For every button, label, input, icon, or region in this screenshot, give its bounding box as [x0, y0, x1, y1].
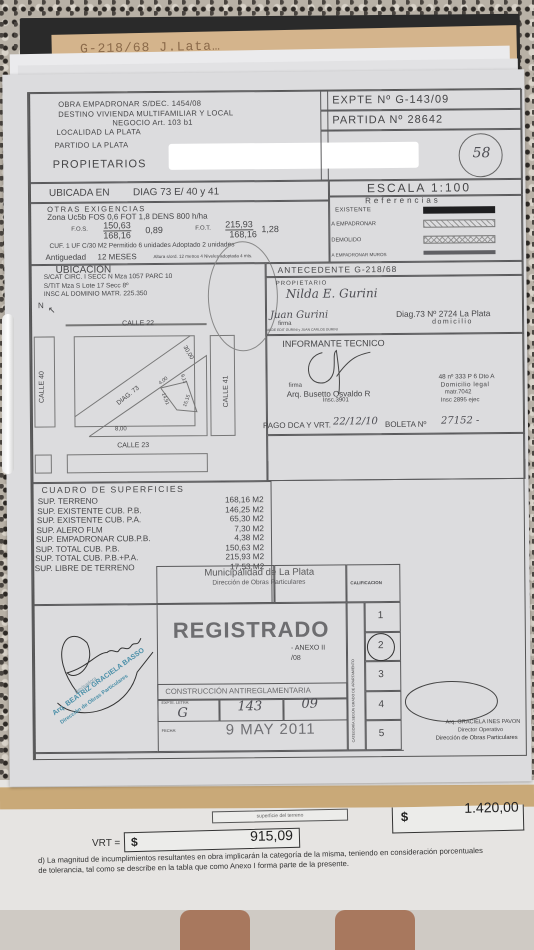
categoria-vertical-cell	[347, 602, 366, 750]
propietarios-label: PROPIETARIOS	[53, 158, 147, 171]
ref-muros-label: A EMPADRONAR MUROS	[332, 252, 387, 257]
right-value: 1.420,00	[464, 799, 519, 816]
fot-result: 1,28	[261, 224, 279, 234]
expte-num-handwritten: 143	[237, 699, 262, 714]
categoria-number: 5	[379, 728, 385, 739]
obra-text: OBRA EMPADRONAR S/DEC. 1454/08	[58, 99, 201, 109]
ubicada-value: DIAG 73 E/ 40 y 41	[133, 186, 219, 198]
categoria-number: 3	[378, 669, 384, 680]
categoria-vertical-label: CATEGORÍA SEGÚN GRADO DE APARTAMIENTO	[351, 659, 356, 742]
dim-8: 8,00	[115, 426, 127, 432]
informante-insc2: Insc 2895 ejec	[441, 397, 480, 403]
categoria-number: 4	[378, 699, 384, 710]
superficies-title: CUADRO DE SUPERFICIES	[42, 484, 185, 495]
empty-block-2	[267, 459, 525, 481]
superficie-value: 65,30 M2	[214, 514, 264, 523]
superficie-label: SUP. EXISTENTE CUB. P.B.	[37, 506, 141, 516]
left-signature	[37, 612, 158, 723]
ref-empadronar-label: A EMPADRONAR	[331, 221, 376, 227]
plan-form: OBRA EMPADRONAR S/DEC. 1454/08 DESTINO V…	[27, 88, 527, 760]
street-calle-41: CALLE 41	[223, 375, 230, 407]
expte-year-handwritten: 09	[301, 697, 318, 712]
ref-muros-swatch	[423, 250, 495, 255]
foot-right	[335, 910, 415, 950]
superficie-value: 168,16 M2	[214, 495, 264, 504]
fecha-label: FECHA:	[162, 728, 177, 733]
informante-matr: matr.7042	[445, 389, 472, 395]
pago-label: PAGO DCA Y VRT.	[263, 421, 331, 431]
superficie-label: SUP. TOTAL CUB. P.B.+P.A.	[35, 553, 138, 563]
antecedente-label: ANTECEDENTE G-218/68	[278, 264, 398, 275]
expte-letra-label: EXPTE. LETRA:	[161, 701, 189, 705]
expte-letra: G	[177, 706, 188, 721]
vrt-value: 915,09	[250, 827, 293, 844]
partido: PARTIDO LA PLATA	[55, 140, 129, 150]
informante-insc1: Insc.3901	[323, 397, 349, 403]
fos-denominator: 168,16	[103, 230, 131, 240]
insc-text: INSC AL DOMINIO MATR. 225.350	[44, 290, 147, 298]
binder-clip	[2, 314, 14, 474]
vrt-currency: $	[131, 835, 138, 849]
firma-printed-name: NILDE EDIT GURINI y JUAN CARLOS GURINI	[266, 327, 338, 332]
ref-existente-swatch	[423, 206, 495, 214]
superficie-label: SUP. TERRENO	[38, 497, 98, 507]
domicilio-value: Diag.73 Nº 2724 La Plata	[396, 308, 490, 319]
ref-demolido-swatch	[423, 235, 495, 244]
ref-existente-label: EXISTENTE	[335, 207, 371, 213]
construccion-label: CONSTRUCCIÓN ANTIREGLAMENTARIA	[165, 686, 310, 696]
floor	[0, 906, 534, 950]
superficie-label: SUP. TOTAL CUB. P.B.	[36, 544, 120, 554]
fot-label: F.O.T.	[195, 226, 211, 232]
boleta-number: 27152 -	[441, 415, 479, 426]
categoria-selected-circle	[367, 633, 395, 661]
superficie-value: 7,30 M2	[214, 524, 264, 533]
seal-handwriting: 58	[473, 145, 491, 161]
propietario-signature: Nilda E. Gurini	[286, 286, 378, 301]
escala: ESCALA 1:100	[367, 180, 471, 195]
superficie-value: 146,25 M2	[214, 505, 264, 514]
street-calle-22: CALLE 22	[122, 320, 154, 327]
categoria-number: 1	[378, 610, 384, 621]
right-signer-name: Arq. GRACIELA INES PAVON	[446, 719, 521, 726]
fecha-stamp: 9 MAY 2011	[226, 721, 316, 739]
municipal-title: Municipalidad de La Plata	[204, 567, 314, 579]
stit-text: S/TIT Mza S Lote 17 Secc 8º	[44, 282, 129, 290]
superficie-value: 4,38 M2	[214, 533, 264, 542]
superficie-value: 150,63 M2	[214, 543, 264, 552]
registrado-stamp: REGISTRADO	[173, 617, 330, 644]
superficie-label: SUP. LIBRE DE TERRENO	[35, 563, 135, 573]
informante-address: 48 nº 333 P 6 Dto A	[439, 373, 495, 380]
ref-empadronar-swatch	[423, 219, 495, 228]
fos-label: F.O.S.	[71, 227, 88, 233]
fot-denominator: 168,16	[229, 229, 257, 239]
ref-demolido-label: DEMOLIDO	[331, 237, 361, 243]
scat-text: S/CAT CIRC. I SECC N Mza 1057 PARC 10	[44, 273, 173, 281]
ubicada-label: UBICADA EN	[49, 187, 110, 199]
superficie-label: SUP. ALERO FLM	[36, 525, 102, 535]
superficie-label: SUP. EXISTENTE CUB. P.A.	[37, 515, 141, 525]
firma-label: firma	[278, 321, 291, 327]
superficie-label: SUP. EMPADRONAR CUB.P.B.	[36, 534, 151, 544]
municipal-subtitle: Dirección de Obras Particulares	[212, 579, 305, 587]
expte-number: EXPTE Nº G-143/09	[332, 93, 449, 106]
fos-result: 0,89	[145, 225, 163, 235]
right-amount-box: $ 1.420,00	[392, 805, 525, 834]
street-calle-23: CALLE 23	[117, 442, 149, 449]
domicilio-label: domicilio	[432, 318, 473, 325]
foot-left	[180, 910, 250, 950]
boleta-label: BOLETA Nº	[385, 420, 427, 429]
stamp-sub2: /08	[291, 655, 301, 662]
superficie-value: 215,93 M2	[214, 552, 264, 561]
street-calle-40: CALLE 40	[39, 371, 46, 403]
vrt-label: VRT =	[92, 838, 120, 849]
right-signer-role: Director Operativo	[458, 727, 503, 733]
north-label: N	[38, 301, 44, 310]
domicilio-legal-label: Domicilio legal	[441, 381, 490, 388]
antiguedad-label: Antiguedad	[45, 253, 86, 262]
destino-line2: NEGOCIO Art. 103 b1	[112, 118, 192, 128]
antiguedad-value: 12 MESES	[97, 252, 136, 261]
pago-date: 22/12/10	[333, 416, 378, 427]
informante-firma-label: firma	[289, 383, 302, 389]
propietario-firma-scribble: Juan Gurini	[270, 310, 328, 322]
right-signer-dept: Dirección de Obras Particulares	[436, 735, 518, 742]
localidad: LOCALIDAD LA PLATA	[56, 127, 141, 137]
calificacion-label: CALIFICACION	[350, 580, 382, 585]
stamp-sub1: - ANEXO II	[291, 645, 325, 652]
right-currency: $	[401, 809, 409, 824]
partida-number: PARTIDA Nº 28642	[332, 114, 443, 127]
referencias-title: Referencias	[365, 196, 441, 206]
